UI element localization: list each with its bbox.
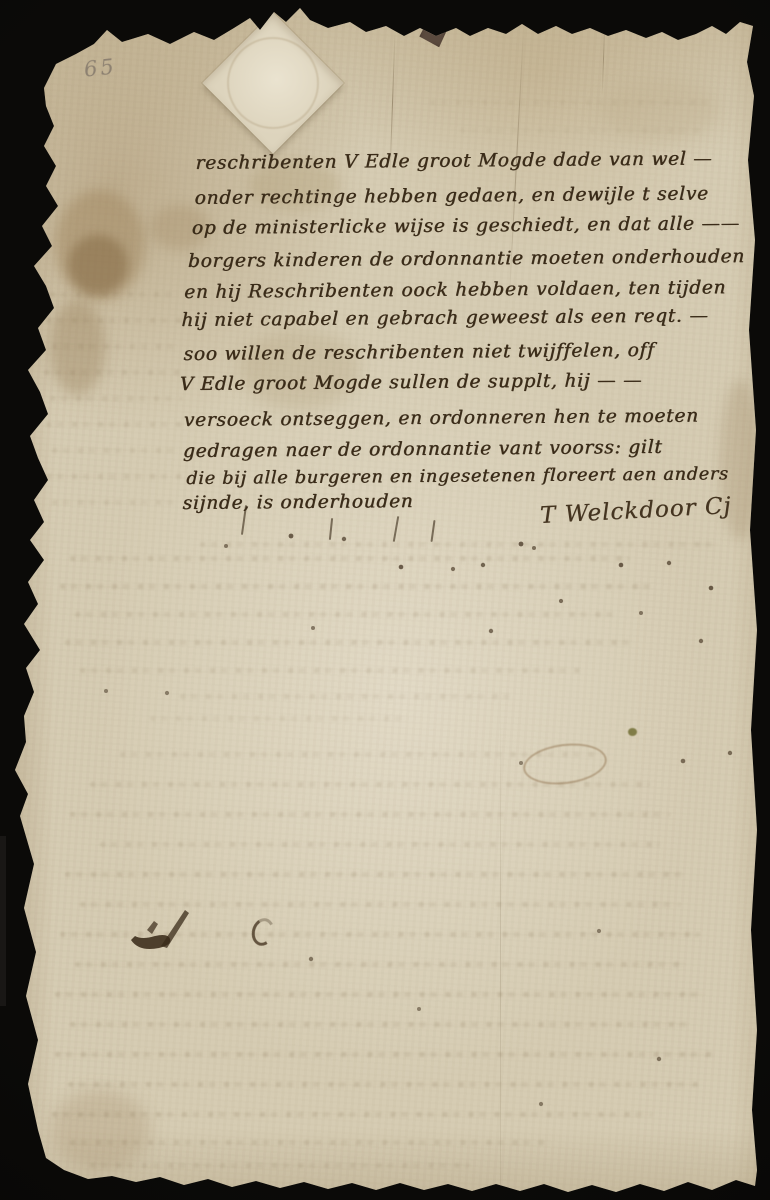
- manuscript-line: borgers kinderen de ordonnantie moeten o…: [188, 246, 746, 272]
- manuscript-line: onder rechtinge hebben gedaen, en dewijl…: [194, 183, 709, 208]
- seal-fragment: [418, 20, 448, 48]
- ink-speck-cluster: [0, 0, 2, 2]
- page-number: 65: [83, 54, 118, 81]
- ghost-text-line: [52, 448, 180, 453]
- ghost-text-line: [180, 694, 510, 699]
- ghost-text-line: [68, 1082, 698, 1087]
- ghost-text-line: [52, 1112, 652, 1117]
- paper-crack: [602, 23, 606, 95]
- ghost-text-line: [460, 128, 700, 133]
- ghost-text-line: [70, 556, 630, 561]
- ghost-text-line: [46, 318, 186, 323]
- ghost-text-line: [50, 396, 182, 401]
- ghost-text-line: [65, 872, 685, 877]
- olive-speck: [628, 728, 637, 736]
- ghost-text-line: [46, 422, 184, 427]
- ghost-text-line: [55, 992, 705, 997]
- manuscript-line: V Edle groot Mogde sullen de supplt, hij…: [180, 370, 643, 395]
- ghost-text-line: [75, 962, 685, 967]
- manuscript-line: reschribenten V Edle groot Mogde dade va…: [195, 148, 712, 174]
- manuscript-line: versoeck ontseggen, en ordonneren hen te…: [184, 406, 700, 432]
- seal-emboss-ring: [208, 18, 338, 148]
- ghost-text-line: [65, 640, 635, 645]
- ghost-text-line: [100, 842, 660, 847]
- seal-wafer: [202, 12, 343, 153]
- ghost-text-line: [90, 1163, 470, 1168]
- ghost-text-line: [52, 344, 178, 349]
- c-shaped-mark: [249, 916, 277, 949]
- backdrop-sliver: [0, 836, 6, 1006]
- ghost-text-line: [70, 1140, 550, 1145]
- ghost-text-line: [150, 716, 410, 721]
- stain-blob: [55, 190, 145, 300]
- ghost-text-line: [46, 474, 182, 479]
- ghost-text-line: [430, 100, 710, 105]
- ghost-text-line: [75, 612, 615, 617]
- manuscript-line: die bij alle burgeren en ingesetenen flo…: [186, 464, 729, 489]
- manuscript-line: soo willen de reschribenten niet twijffe…: [183, 340, 655, 365]
- ghost-text-line: [80, 668, 580, 673]
- photo-backdrop: 65 reschribenten V Edle groot Mogde dade…: [0, 0, 770, 1200]
- ghost-text-line: [52, 500, 178, 505]
- manuscript-line: op de ministerlicke wijse is geschiedt, …: [192, 213, 741, 239]
- ghost-text-line: [44, 370, 184, 375]
- ghost-text-line: [70, 1022, 690, 1027]
- manuscript-line: sijnde, is onderhouden: [182, 491, 413, 514]
- ghost-text-line: [70, 812, 670, 817]
- ghost-text-line: [55, 1052, 715, 1057]
- ghost-text-line: [200, 542, 720, 547]
- manuscript-line: gedragen naer de ordonnantie vant voorss…: [183, 437, 663, 462]
- ink-speck-cluster: [0, 0, 2, 2]
- manuscript-line: hij niet capabel en gebrach geweest als …: [181, 305, 709, 331]
- ink-blot: [125, 900, 205, 960]
- paper-sheet: 65 reschribenten V Edle groot Mogde dade…: [0, 0, 770, 1200]
- stain-blob: [50, 1090, 150, 1170]
- manuscript-line: en hij Reschribenten oock hebben voldaen…: [184, 277, 727, 303]
- ghost-text-line: [50, 292, 180, 297]
- stain-blob: [68, 235, 128, 295]
- ghost-text-line: [60, 584, 650, 589]
